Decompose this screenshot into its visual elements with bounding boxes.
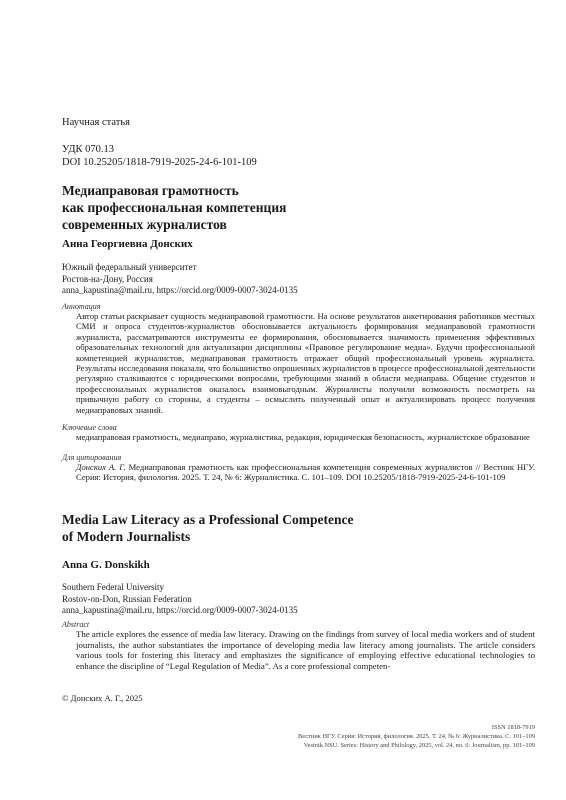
affiliation-english: Southern Federal University Rostov-on-Do…	[62, 582, 298, 617]
university: Southern Federal University	[62, 582, 298, 594]
identifiers: УДК 070.13 DOI 10.25205/1818-7919-2025-2…	[62, 143, 257, 169]
abstract-english: The article explores the essence of medi…	[76, 629, 535, 671]
title-line: современных журналистов	[62, 216, 502, 233]
university: Южный федеральный университет	[62, 262, 298, 274]
title-line: Медиаправовая грамотность	[62, 182, 502, 199]
issn: ISSN 1818-7919	[298, 723, 535, 732]
title-line: как профессиональная компетенция	[62, 199, 502, 216]
author-name-russian: Анна Георгиевна Донских	[62, 238, 193, 250]
title-english: Media Law Literacy as a Professional Com…	[62, 511, 502, 545]
udk-code: УДК 070.13	[62, 143, 257, 156]
citation-author: Донских А. Г.	[76, 462, 126, 472]
contact-links[interactable]: anna_kapustina@mail.ru, https://orcid.or…	[62, 605, 298, 617]
location: Ростов-на-Дону, Россия	[62, 274, 298, 286]
journal-reference-english: Vestnik NSU. Series: History and Philolo…	[298, 741, 535, 750]
citation-body: Медиаправовая грамотность как профессион…	[76, 462, 535, 482]
location: Rostov-on-Don, Russian Federation	[62, 594, 298, 606]
title-russian: Медиаправовая грамотность как профессион…	[62, 182, 502, 233]
author-name-english: Anna G. Donskikh	[62, 559, 150, 571]
title-line: Media Law Literacy as a Professional Com…	[62, 511, 502, 528]
affiliation-russian: Южный федеральный университет Ростов-на-…	[62, 262, 298, 297]
copyright: © Донских А. Г., 2025	[62, 693, 143, 703]
article-type: Научная статья	[62, 117, 130, 128]
contact-links[interactable]: anna_kapustina@mail.ru, https://orcid.or…	[62, 285, 298, 297]
abstract-russian: Автор статьи раскрывает сущность медиапр…	[76, 311, 535, 415]
page-footer: ISSN 1818-7919 Вестник НГУ. Серия: Истор…	[298, 723, 535, 750]
keywords: медиаправовая грамотность, медиаправо, ж…	[76, 432, 535, 442]
title-line: of Modern Journalists	[62, 528, 502, 545]
citation: Донских А. Г. Медиаправовая грамотность …	[76, 462, 535, 483]
doi: DOI 10.25205/1818-7919-2025-24-6-101-109	[62, 156, 257, 169]
journal-reference-russian: Вестник НГУ. Серия: История, филология. …	[298, 732, 535, 741]
